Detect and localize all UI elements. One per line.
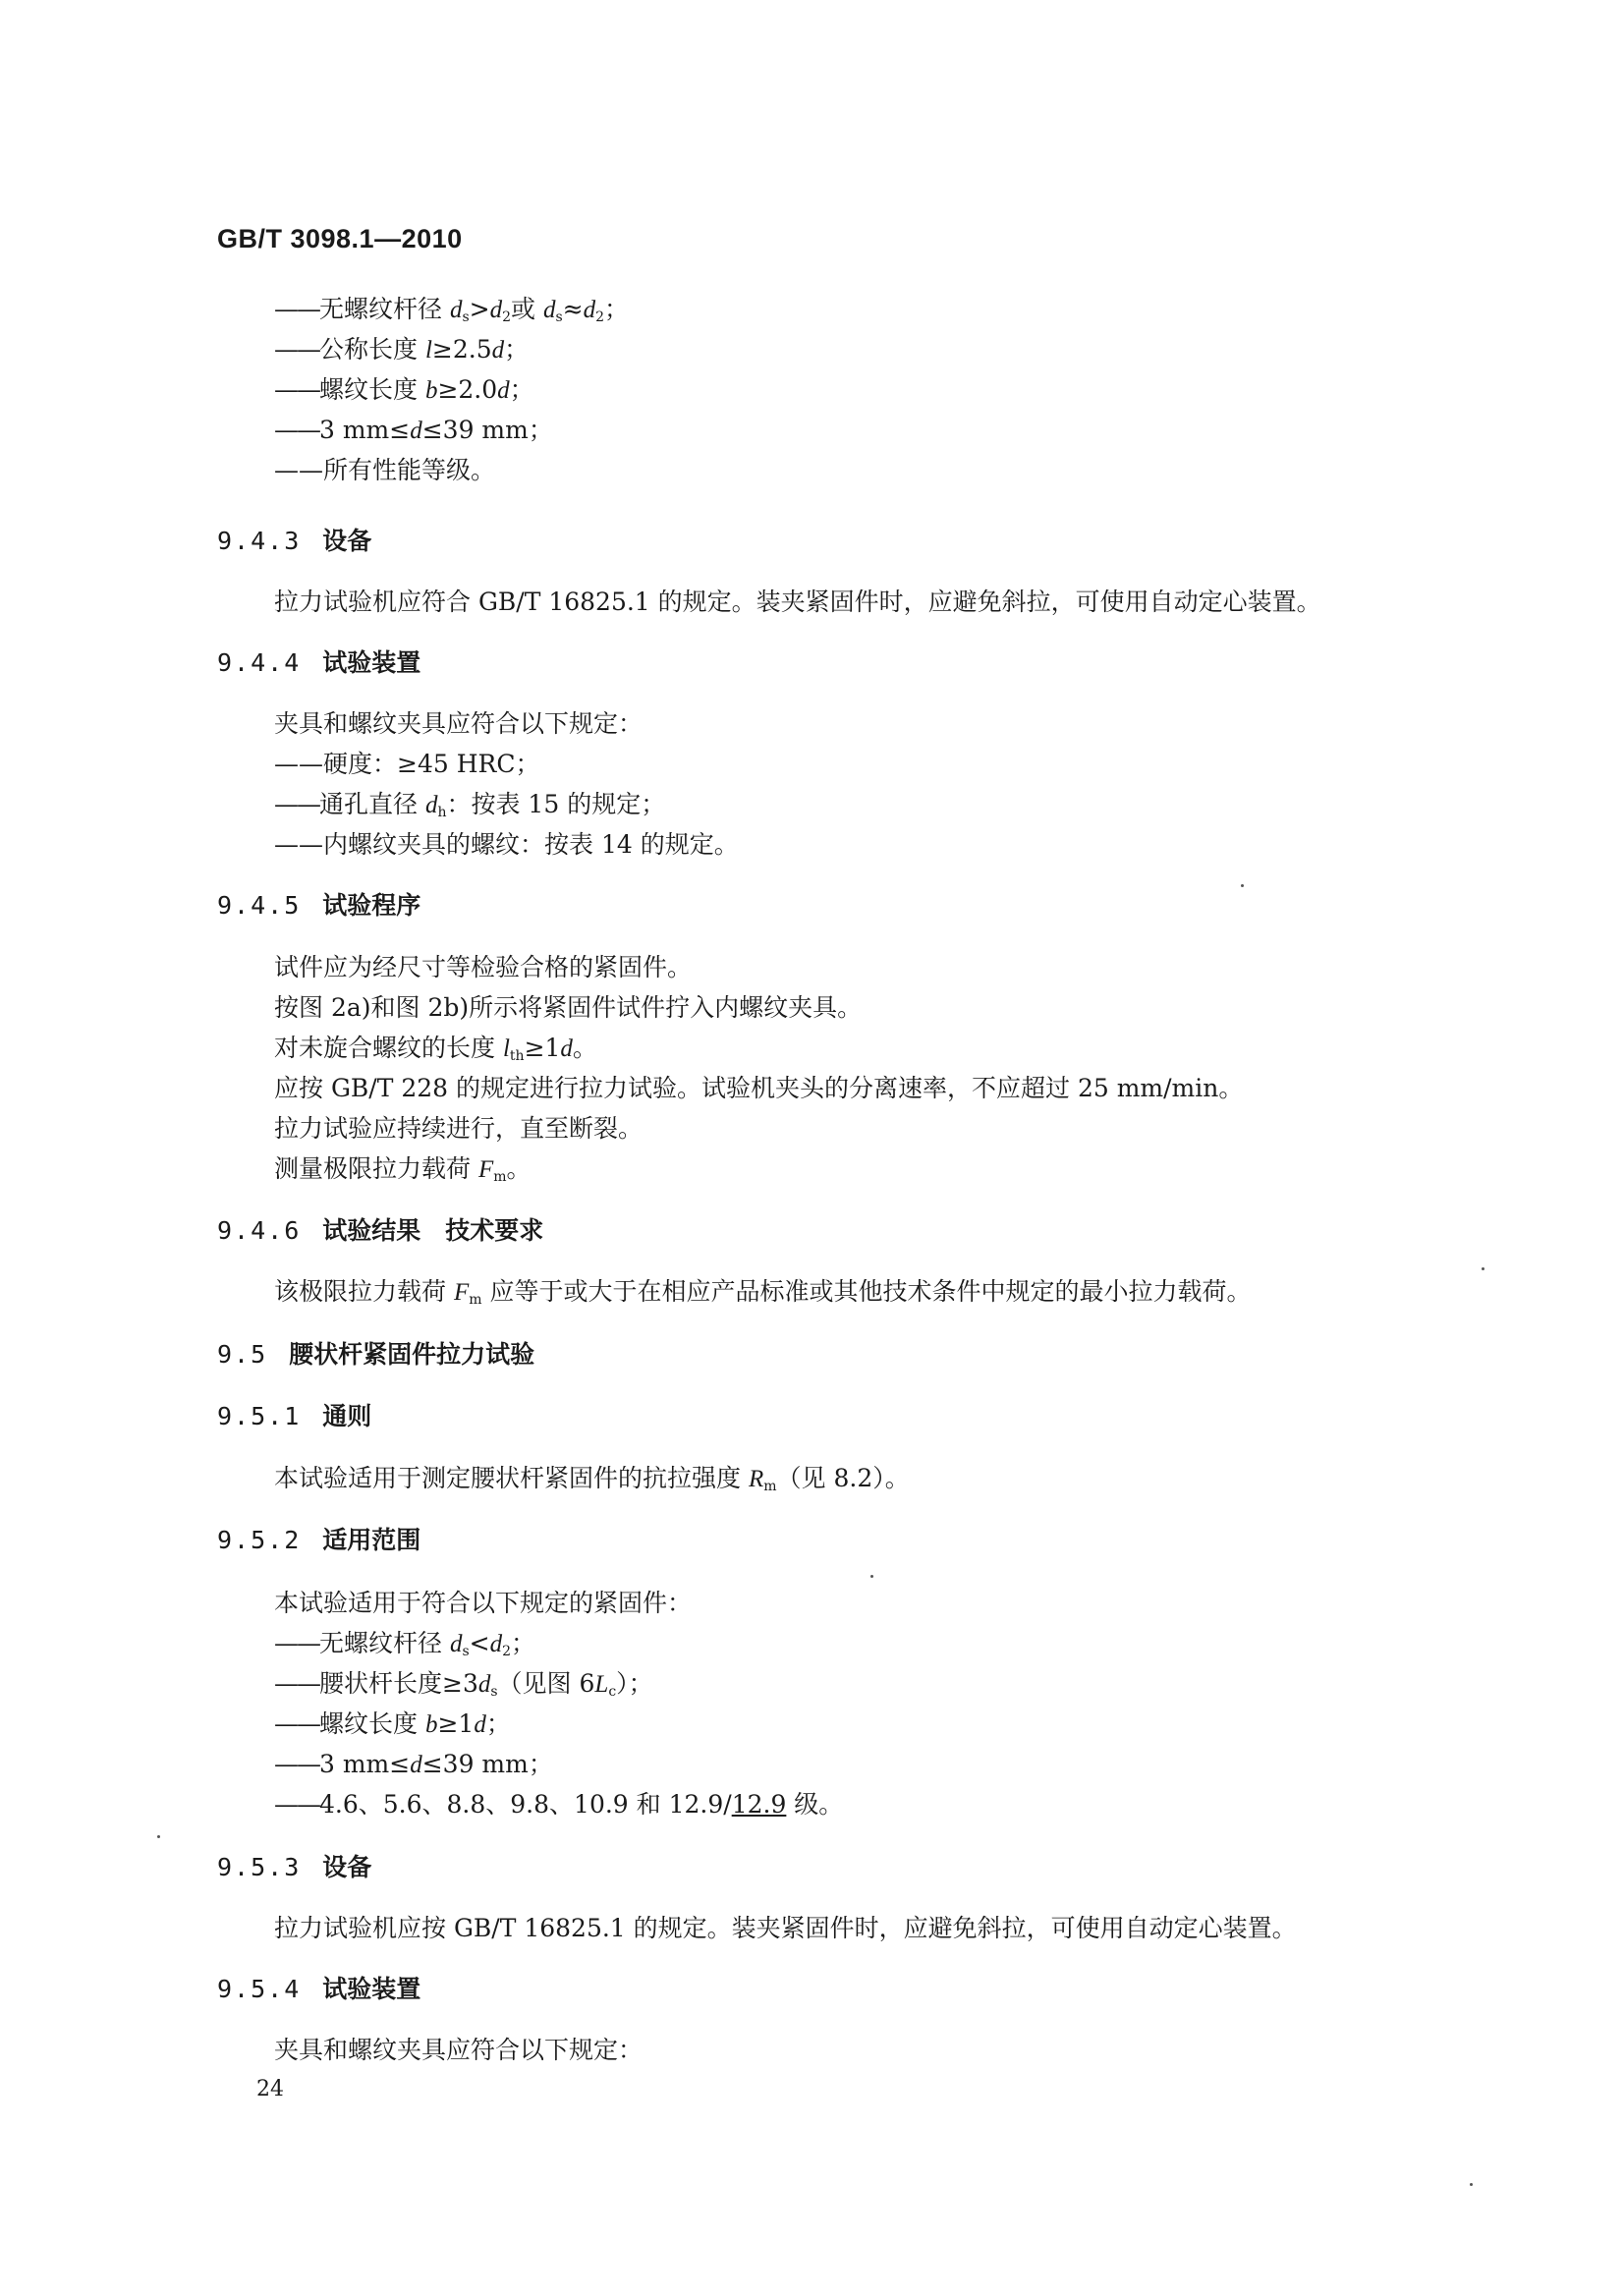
- procedure-line-1: 试件应为经尺寸等检验合格的紧固件。: [274, 953, 692, 982]
- scope-item-nominal-length: ——公称长度 l≥2.5d；: [274, 335, 529, 365]
- heading-9-4-5: 9.4.5试验程序: [217, 891, 420, 921]
- heading-9-5: 9.5腰状杆紧固件拉力试验: [217, 1340, 534, 1370]
- scan-speck: [157, 1835, 160, 1838]
- scan-speck: [1241, 884, 1244, 887]
- scope-item-property-classes: ——所有性能等级。: [274, 456, 495, 485]
- paragraph-9-4-6: 该极限拉力载荷 Fm 应等于或大于在相应产品标准或其他技术条件中规定的最小拉力载…: [274, 1277, 1251, 1315]
- scope-item-shank-diameter: ——无螺纹杆径 ds>d2或 ds≈d2；: [274, 295, 629, 332]
- scan-speck: [1470, 2183, 1473, 2186]
- waisted-scope-property-classes: ——4.6、5.6、8.8、9.8、10.9 和 12.9/12.9 级。: [274, 1790, 843, 1820]
- page-number: 24: [256, 2077, 284, 2101]
- scope-item-diameter-range: ——3 mm≤d≤39 mm；: [274, 416, 553, 446]
- heading-9-4-4: 9.4.4试验装置: [217, 648, 420, 678]
- heading-9-4-6: 9.4.6试验结果 技术要求: [217, 1216, 543, 1246]
- paragraph-9-4-3: 拉力试验机应符合 GB/T 16825.1 的规定。装夹紧固件时，应避免斜拉，可…: [274, 588, 1321, 617]
- standard-code-header: GB/T 3098.1—2010: [217, 224, 463, 254]
- heading-9-5-2: 9.5.2适用范围: [217, 1526, 420, 1555]
- scan-speck: [1482, 1267, 1484, 1270]
- scope-item-thread-length: ——螺纹长度 b≥2.0d；: [274, 375, 534, 406]
- paragraph-9-5-4-intro: 夹具和螺纹夹具应符合以下规定：: [274, 2036, 643, 2065]
- paragraph-9-5-2-intro: 本试验适用于符合以下规定的紧固件：: [274, 1589, 692, 1618]
- heading-9-5-1: 9.5.1通则: [217, 1402, 371, 1431]
- paragraph-9-5-3: 拉力试验机应按 GB/T 16825.1 的规定。装夹紧固件时，应避免斜拉，可使…: [274, 1914, 1297, 1943]
- procedure-line-5: 拉力试验应持续进行，直至断裂。: [274, 1114, 643, 1144]
- procedure-line-2: 按图 2a)和图 2b)所示将紧固件试件拧入内螺纹夹具。: [274, 993, 862, 1023]
- paragraph-9-4-4-intro: 夹具和螺纹夹具应符合以下规定：: [274, 709, 643, 739]
- fixture-item-hardness: ——硬度：≥45 HRC；: [274, 750, 539, 779]
- paragraph-9-5-1: 本试验适用于测定腰状杆紧固件的抗拉强度 Rm（见 8.2）。: [274, 1464, 910, 1501]
- waisted-scope-diameter-range: ——3 mm≤d≤39 mm；: [274, 1750, 553, 1780]
- heading-9-5-3: 9.5.3设备: [217, 1853, 371, 1882]
- fixture-item-hole-diameter: ——通孔直径 dh：按表 15 的规定；: [274, 790, 665, 827]
- waisted-scope-thread-length: ——螺纹长度 b≥1d；: [274, 1709, 511, 1740]
- procedure-line-4: 应按 GB/T 228 的规定进行拉力试验。试验机夹头的分离速率，不应超过 25…: [274, 1074, 1243, 1103]
- fixture-item-internal-thread: ——内螺纹夹具的螺纹：按表 14 的规定。: [274, 830, 739, 860]
- document-page: GB/T 3098.1—2010 ——无螺纹杆径 ds>d2或 ds≈d2； —…: [0, 0, 1624, 2296]
- waisted-scope-shank: ——无螺纹杆径 ds<d2；: [274, 1629, 535, 1666]
- procedure-line-6: 测量极限拉力载荷 Fm。: [274, 1154, 532, 1192]
- scan-speck: [870, 1575, 873, 1578]
- waisted-scope-length: ——腰状杆长度≥3ds（见图 6Lc）；: [274, 1669, 653, 1707]
- heading-9-5-4: 9.5.4试验装置: [217, 1975, 420, 2004]
- procedure-line-3: 对未旋合螺纹的长度 lth≥1d。: [274, 1034, 597, 1071]
- heading-9-4-3: 9.4.3设备: [217, 527, 371, 556]
